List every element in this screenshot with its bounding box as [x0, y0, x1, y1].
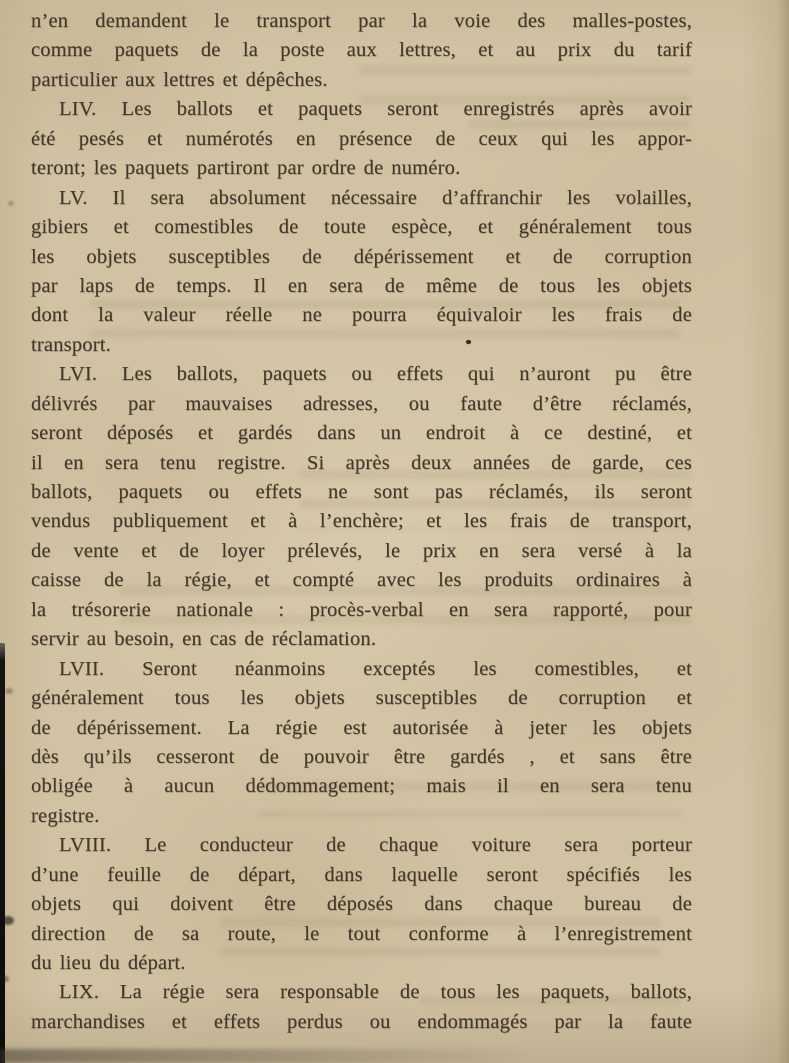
text-line: dès qu’ils cesseront de pouvoir être gar…: [31, 743, 692, 772]
text-line: LIV. Les ballots et paquets seront enreg…: [31, 95, 692, 124]
text-line: direction de sa route, le tout conforme …: [31, 920, 692, 949]
text-line: de dépérissement. La régie est autorisée…: [31, 714, 692, 743]
scanned-book-page: n’en demandent le transport par la voie …: [0, 0, 789, 1063]
text-block: n’en demandent le transport par la voie …: [31, 7, 692, 1037]
right-edge-band: [778, 0, 789, 1063]
text-line: servir au besoin, en cas de réclamation.: [31, 625, 692, 654]
text-line: registre.: [31, 802, 692, 831]
bottom-edge-shadow: [0, 1049, 560, 1063]
text-line: les objets susceptibles de dépérissement…: [31, 243, 692, 272]
left-edge-scan-strip: [0, 643, 5, 1063]
text-line: objets qui doivent être déposés dans cha…: [31, 890, 692, 919]
text-line: LIX. La régie sera responsable de tous l…: [31, 978, 692, 1007]
text-line: LVIII. Le conducteur de chaque voiture s…: [31, 831, 692, 860]
ink-dot-artifact: [466, 340, 471, 344]
text-line: LV. Il sera absolument nécessaire d’affr…: [31, 184, 692, 213]
text-line: comme paquets de la poste aux lettres, e…: [31, 36, 692, 65]
text-line: de vente et de loyer prélevés, le prix e…: [31, 537, 692, 566]
text-line: obligée à aucun dédommagement; mais il e…: [31, 772, 692, 801]
paper-smudge: [5, 688, 13, 694]
text-line: été pesés et numérotés en présence de ce…: [31, 125, 692, 154]
text-line: par laps de temps. Il en sera de même de…: [31, 272, 692, 301]
text-line: teront; les paquets partiront par ordre …: [31, 154, 692, 183]
text-line: gibiers et comestibles de toute espèce, …: [31, 213, 692, 242]
text-line: du lieu du départ.: [31, 949, 692, 978]
text-line: il en sera tenu registre. Si après deux …: [31, 449, 692, 478]
text-line: d’une feuille de départ, dans laquelle s…: [31, 861, 692, 890]
paper-smudge: [8, 201, 14, 206]
text-line: vendus publiquement et à l’enchère; et l…: [31, 507, 692, 536]
text-line: ballots, paquets ou effets ne sont pas r…: [31, 478, 692, 507]
text-line: particulier aux lettres et dépêches.: [31, 66, 692, 95]
text-line: caisse de la régie, et compté avec les p…: [31, 566, 692, 595]
text-line: délivrés par mauvaises adresses, ou faut…: [31, 390, 692, 419]
text-line: n’en demandent le transport par la voie …: [31, 7, 692, 36]
text-line: la trésorerie nationale : procès-verbal …: [31, 596, 692, 625]
text-line: seront déposés et gardés dans un endroit…: [31, 419, 692, 448]
text-line: LVI. Les ballots, paquets ou effets qui …: [31, 360, 692, 389]
text-line: transport.: [31, 331, 692, 360]
text-line: LVII. Seront néanmoins exceptés les come…: [31, 655, 692, 684]
text-line: marchandises et effets perdus ou endomma…: [31, 1008, 692, 1037]
text-line: généralement tous les objets susceptible…: [31, 684, 692, 713]
text-line: dont la valeur réelle ne pourra équivalo…: [31, 301, 692, 330]
